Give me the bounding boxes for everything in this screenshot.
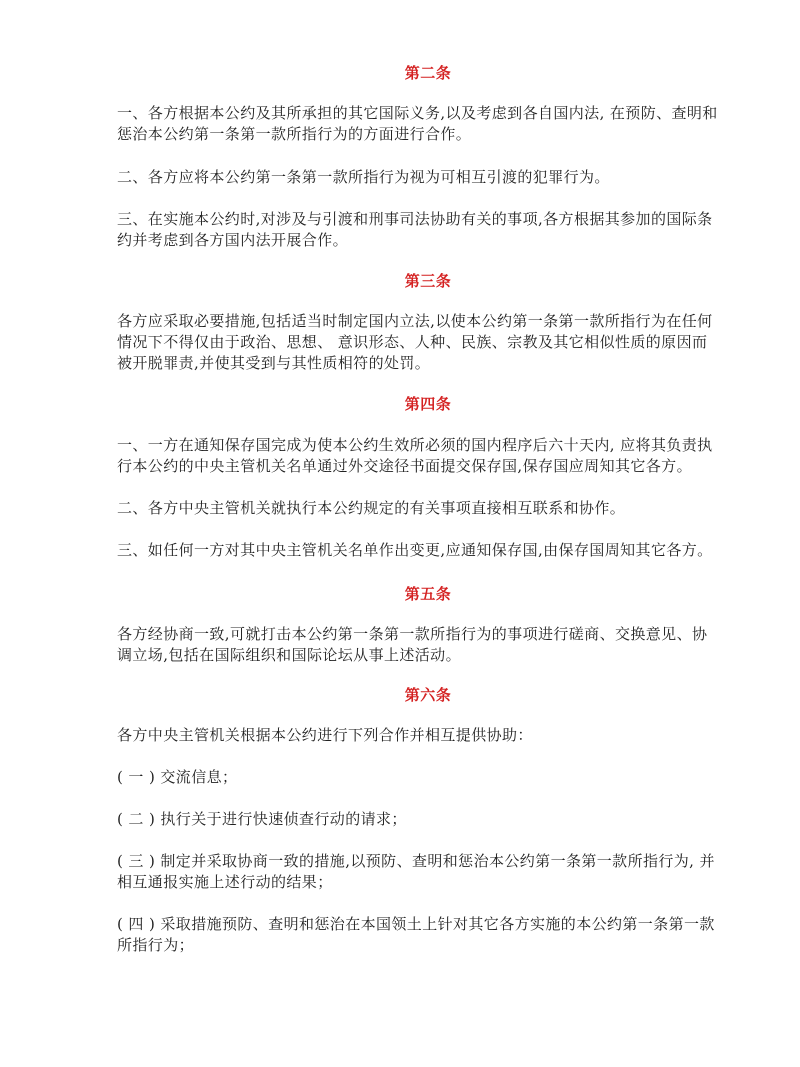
- paragraph: 各方应采取必要措施,包括适当时制定国内立法,以使本公约第一条第一款所指行为在任何…: [117, 311, 757, 374]
- list-item: ( 一 ) 交流信息；: [117, 767, 757, 788]
- list-item: ( 二 ) 执行关于进行快速侦查行动的请求；: [117, 809, 757, 830]
- paragraph-line: 二、各方应将本公约第一条第一款所指行为视为可相互引渡的犯罪行为。: [117, 168, 610, 186]
- paragraph: 一、各方根据本公约及其所承担的其它国际义务,以及考虑到各自国内法, 在预防、查明…: [117, 103, 757, 145]
- paragraph-line: 三、在实施本公约时,对涉及与引渡和刑事司法协助有关的事项,各方根据其参加的国际条: [117, 210, 713, 228]
- paragraph-line: 所指行为；: [117, 936, 194, 954]
- paragraph-line: 情况下不得仅由于政治、思想、 意识形态、人种、民族、宗教及其它相似性质的原因而: [117, 333, 707, 351]
- paragraph: 一、一方在通知保存国完成为使本公约生效所必须的国内程序后六十天内, 应将其负责执…: [117, 435, 757, 477]
- paragraph-line: ( 二 ) 执行关于进行快速侦查行动的请求；: [117, 810, 407, 828]
- paragraph-line: 被开脱罪责,并使其受到与其性质相符的处罚。: [117, 354, 430, 372]
- paragraph-line: 约并考虑到各方国内法开展合作。: [117, 231, 348, 249]
- article-heading: 第二条: [117, 63, 739, 83]
- paragraph-line: 各方经协商一致,可就打击本公约第一条第一款所指行为的事项进行磋商、交换意见、协: [117, 625, 707, 643]
- paragraph: 各方经协商一致,可就打击本公约第一条第一款所指行为的事项进行磋商、交换意见、协 …: [117, 624, 757, 666]
- paragraph-line: ( 三 ) 制定并采取协商一致的措施,以预防、查明和惩治本公约第一条第一款所指行…: [117, 852, 715, 870]
- paragraph-line: 二、各方中央主管机关就执行本公约规定的有关事项直接相互联系和协作。: [117, 499, 625, 517]
- list-item: ( 三 ) 制定并采取协商一致的措施,以预防、查明和惩治本公约第一条第一款所指行…: [117, 851, 757, 893]
- paragraph-line: 行本公约的中央主管机关名单通过外交途径书面提交保存国,保存国应周知其它各方。: [117, 457, 692, 475]
- paragraph-line: 三、如任何一方对其中央主管机关名单作出变更,应通知保存国,由保存国周知其它各方。: [117, 541, 713, 559]
- paragraph: 三、如任何一方对其中央主管机关名单作出变更,应通知保存国,由保存国周知其它各方。: [117, 540, 757, 561]
- paragraph: 各方中央主管机关根据本公约进行下列合作并相互提供协助：: [117, 725, 757, 746]
- paragraph-line: 各方应采取必要措施,包括适当时制定国内立法,以使本公约第一条第一款所指行为在任何: [117, 312, 713, 330]
- paragraph: 二、各方应将本公约第一条第一款所指行为视为可相互引渡的犯罪行为。: [117, 167, 757, 188]
- paragraph-line: 惩治本公约第一条第一款所指行为的方面进行合作。: [117, 125, 471, 143]
- paragraph-line: ( 一 ) 交流信息；: [117, 768, 237, 786]
- article-heading: 第六条: [117, 685, 739, 705]
- paragraph: 三、在实施本公约时,对涉及与引渡和刑事司法协助有关的事项,各方根据其参加的国际条…: [117, 209, 757, 251]
- paragraph-line: 一、各方根据本公约及其所承担的其它国际义务,以及考虑到各自国内法, 在预防、查明…: [117, 104, 718, 122]
- paragraph-line: 调立场,包括在国际组织和国际论坛从事上述活动。: [117, 646, 461, 664]
- paragraph: 二、各方中央主管机关就执行本公约规定的有关事项直接相互联系和协作。: [117, 498, 757, 519]
- article-heading: 第三条: [117, 271, 739, 291]
- paragraph-line: 相互通报实施上述行动的结果；: [117, 873, 333, 891]
- paragraph-line: ( 四 ) 采取措施预防、查明和惩治在本国领土上针对其它各方实施的本公约第一条第…: [117, 915, 715, 933]
- list-item: ( 四 ) 采取措施预防、查明和惩治在本国领土上针对其它各方实施的本公约第一条第…: [117, 914, 757, 956]
- paragraph-line: 一、一方在通知保存国完成为使本公约生效所必须的国内程序后六十天内, 应将其负责执: [117, 436, 713, 454]
- article-heading: 第四条: [117, 394, 739, 414]
- paragraph-line: 各方中央主管机关根据本公约进行下列合作并相互提供协助：: [117, 726, 533, 744]
- article-heading: 第五条: [117, 584, 739, 604]
